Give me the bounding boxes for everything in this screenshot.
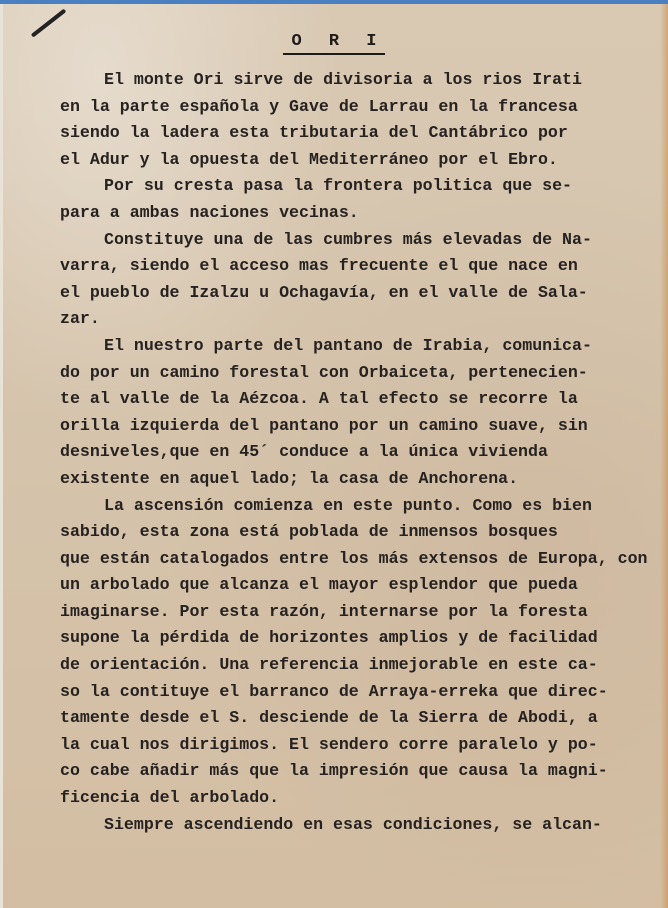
text-line: zar. bbox=[60, 306, 660, 333]
page-edge-left bbox=[0, 4, 3, 908]
body-text: El monte Ori sirve de divisoria a los ri… bbox=[60, 67, 660, 838]
text-line: desniveles,que en 45´ conduce a la única… bbox=[60, 439, 660, 466]
text-line: so la contituye el barranco de Arraya-er… bbox=[60, 679, 660, 706]
text-line: el Adur y la opuesta del Mediterráneo po… bbox=[60, 147, 660, 174]
text-line: que están catalogados entre los más exte… bbox=[60, 546, 660, 573]
text-line: supone la pérdida de horizontes amplios … bbox=[60, 625, 660, 652]
text-line: tamente desde el S. desciende de la Sier… bbox=[60, 705, 660, 732]
text-line: el pueblo de Izalzu u Ochagavía, en el v… bbox=[60, 280, 660, 307]
text-line: co cabe añadir más que la impresión que … bbox=[60, 758, 660, 785]
text-line: El monte Ori sirve de divisoria a los ri… bbox=[60, 67, 660, 94]
text-line: El nuestro parte del pantano de Irabia, … bbox=[60, 333, 660, 360]
text-line: para a ambas naciones vecinas. bbox=[60, 200, 660, 227]
text-line: Constituye una de las cumbres más elevad… bbox=[60, 227, 660, 254]
text-line: un arbolado que alcanza el mayor esplend… bbox=[60, 572, 660, 599]
text-line: Por su cresta pasa la frontera politica … bbox=[60, 173, 660, 200]
page-title: O R I bbox=[0, 32, 668, 51]
text-line: de orientación. Una referencia inmejorab… bbox=[60, 652, 660, 679]
text-line: ficencia del arbolado. bbox=[60, 785, 660, 812]
text-line: existente en aquel lado; la casa de Anch… bbox=[60, 466, 660, 493]
text-line: do por un camino forestal con Orbaiceta,… bbox=[60, 360, 660, 387]
text-line: te al valle de la Aézcoa. A tal efecto s… bbox=[60, 386, 660, 413]
page-edge-right bbox=[660, 4, 668, 908]
page-title-text: O R I bbox=[283, 32, 385, 55]
text-line: orilla izquierda del pantano por un cami… bbox=[60, 413, 660, 440]
text-line: siendo la ladera esta tributaria del Can… bbox=[60, 120, 660, 147]
text-line: La ascensión comienza en este punto. Com… bbox=[60, 493, 660, 520]
text-line: Siempre ascendiendo en esas condiciones,… bbox=[60, 812, 660, 839]
text-line: la cual nos dirigimos. El sendero corre … bbox=[60, 732, 660, 759]
text-line: varra, siendo el acceso mas frecuente el… bbox=[60, 253, 660, 280]
text-line: sabido, esta zona está poblada de inmens… bbox=[60, 519, 660, 546]
text-line: en la parte española y Gave de Larrau en… bbox=[60, 94, 660, 121]
text-line: imaginarse. Por esta razón, internarse p… bbox=[60, 599, 660, 626]
typewritten-page: O R I El monte Ori sirve de divisoria a … bbox=[0, 4, 668, 908]
